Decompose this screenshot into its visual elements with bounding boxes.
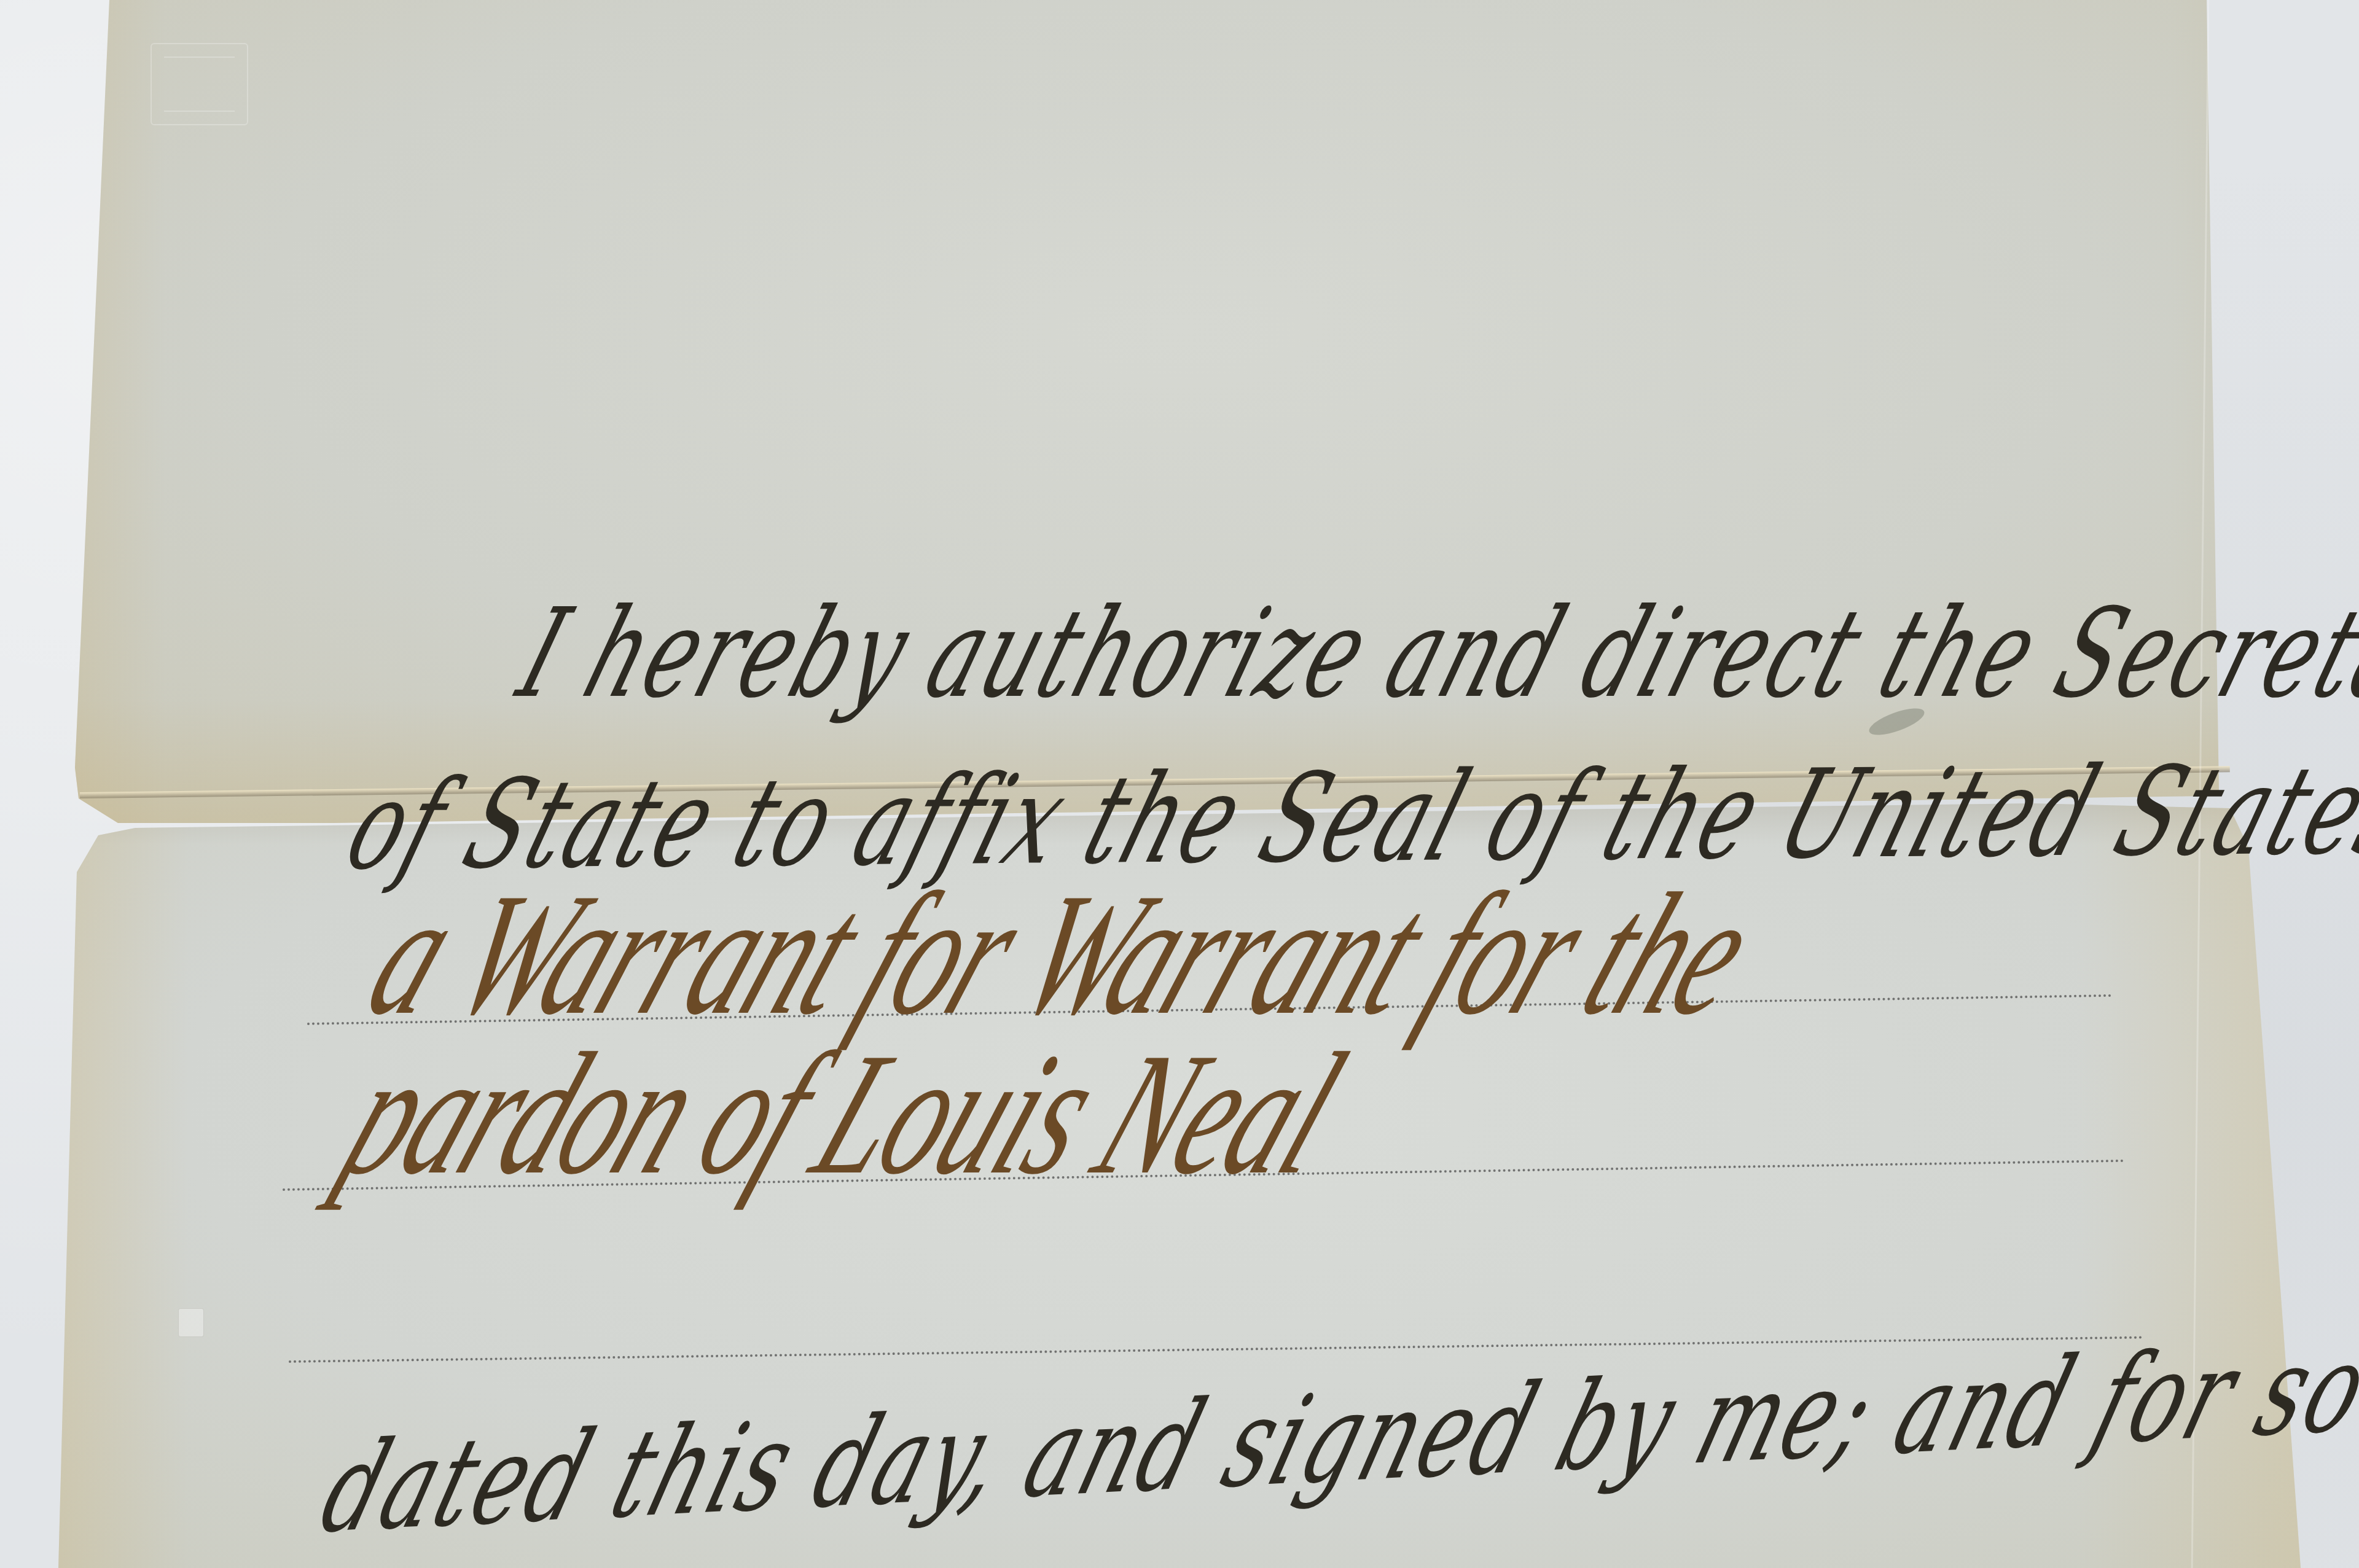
paper-punch-mark [178,1308,204,1337]
embossed-watermark-icon [151,43,248,125]
handwritten-line-pardon: pardon of Louis Neal [319,1014,1367,1215]
printed-line-authorize: I hereby authorize and direct the Secret… [504,582,2359,725]
document-sheet: I hereby authorize and direct the Secret… [0,0,2359,1568]
